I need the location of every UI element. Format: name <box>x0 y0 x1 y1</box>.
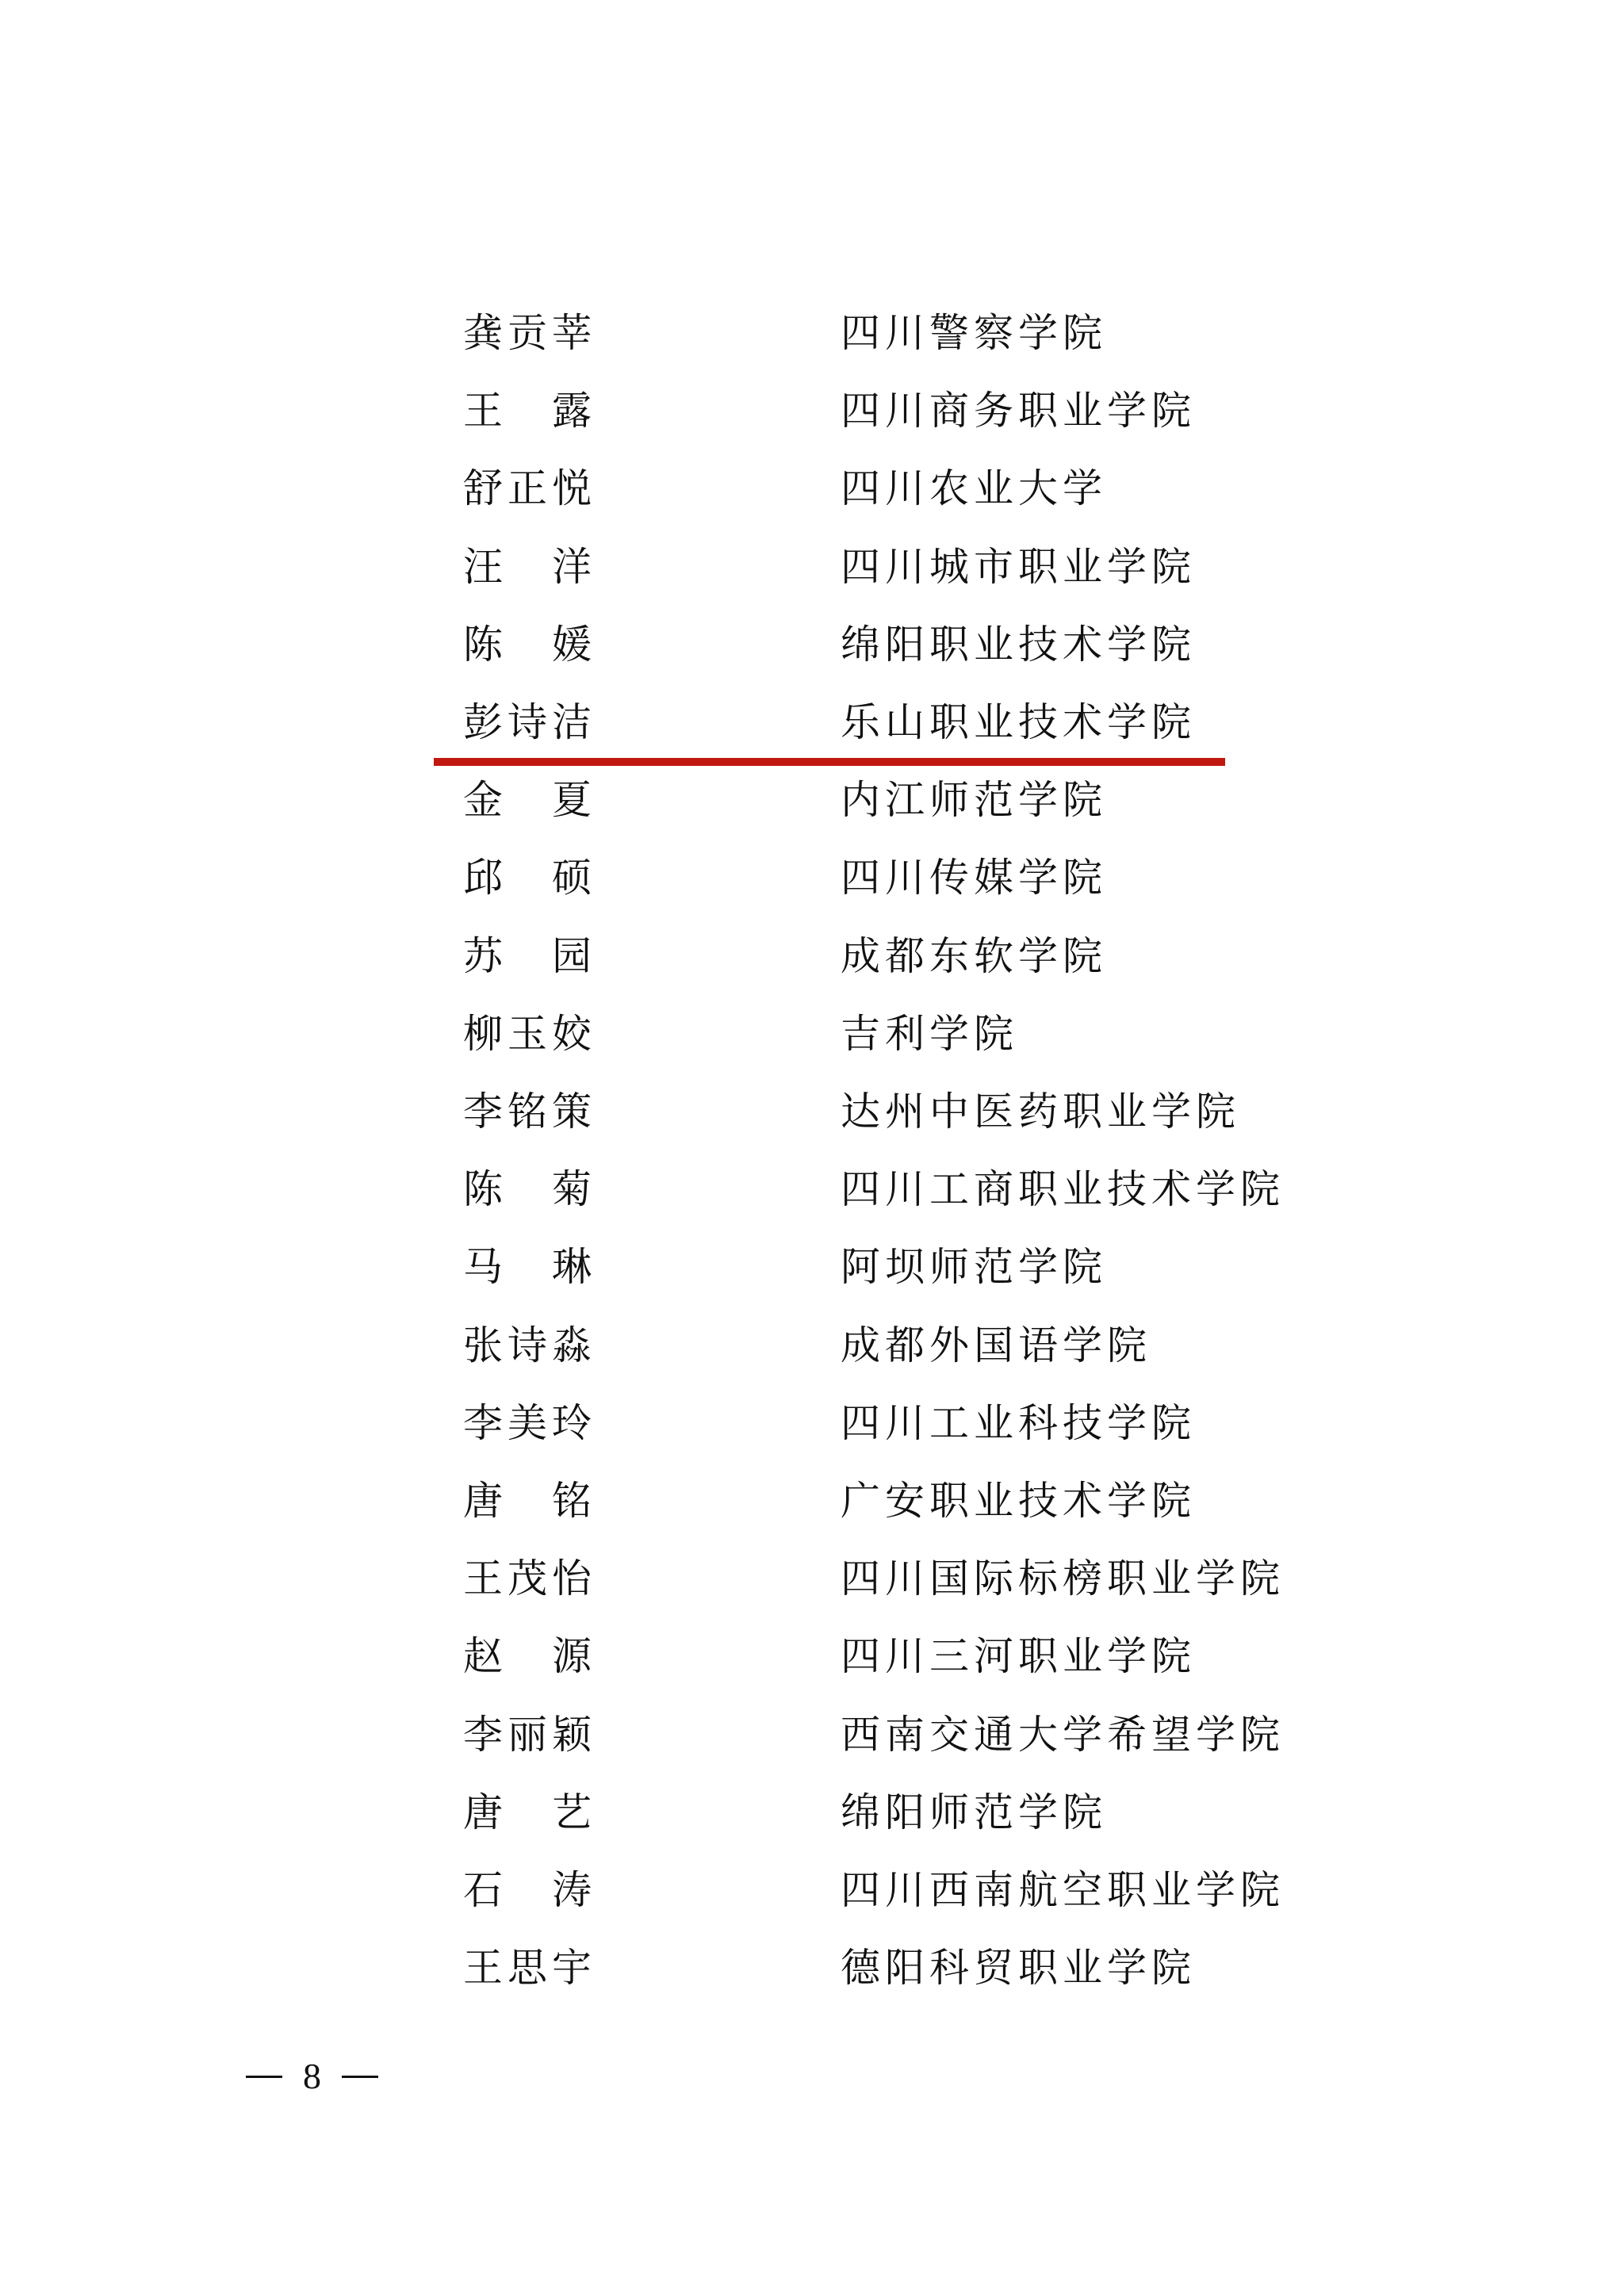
person-name: 汪 洋 <box>463 543 592 591</box>
institution-name: 广安职业技术学院 <box>841 1477 1196 1525</box>
institution-name: 绵阳师范学院 <box>841 1789 1107 1836</box>
name-char: 唐 <box>463 1789 503 1836</box>
name-char: 马 <box>463 1243 503 1291</box>
page-number-value: 8 <box>303 2058 321 2095</box>
name-char: 夏 <box>552 776 592 824</box>
name-char: 陈 <box>463 1165 503 1213</box>
person-name: 张诗淼 <box>463 1322 669 1369</box>
institution-name: 乐山职业技术学院 <box>841 698 1196 746</box>
institution-name: 四川商务职业学院 <box>841 387 1196 434</box>
institution-name: 四川工业科技学院 <box>841 1399 1196 1447</box>
person-name: 苏 园 <box>463 932 592 980</box>
name-char: 硕 <box>552 854 592 901</box>
name-char: 艺 <box>552 1789 592 1836</box>
institution-name: 四川传媒学院 <box>841 854 1107 901</box>
person-name: 邱 硕 <box>463 854 592 901</box>
list-item: 王 露 四川商务职业学院 <box>0 387 1624 434</box>
institution-name: 四川西南航空职业学院 <box>841 1866 1285 1914</box>
list-item: 陈 菊 四川工商职业技术学院 <box>0 1165 1624 1213</box>
person-name: 金 夏 <box>463 776 592 824</box>
name-char: 金 <box>463 776 503 824</box>
list-item: 唐 铭 广安职业技术学院 <box>0 1477 1624 1525</box>
institution-name: 德阳科贸职业学院 <box>841 1944 1196 1992</box>
name-char: 石 <box>463 1866 503 1914</box>
person-name: 舒正悦 <box>463 465 669 512</box>
institution-name: 绵阳职业技术学院 <box>841 621 1196 668</box>
list-item: 苏 园 成都东软学院 <box>0 932 1624 980</box>
institution-name: 四川三河职业学院 <box>841 1632 1196 1680</box>
institution-name: 四川工商职业技术学院 <box>841 1165 1285 1213</box>
list-item: 马 琳 阿坝师范学院 <box>0 1243 1624 1291</box>
person-name: 唐 艺 <box>463 1789 592 1836</box>
institution-name: 四川警察学院 <box>841 309 1107 357</box>
name-char: 菊 <box>552 1165 592 1213</box>
name-char: 赵 <box>463 1632 503 1680</box>
institution-name: 四川农业大学 <box>841 465 1107 512</box>
institution-name: 内江师范学院 <box>841 776 1107 824</box>
dash-left <box>246 2076 282 2078</box>
person-name: 彭诗洁 <box>463 698 669 746</box>
page-number: 8 <box>246 2058 378 2095</box>
list-item: 龚贡莘 四川警察学院 <box>0 309 1624 357</box>
name-char: 铭 <box>552 1477 592 1525</box>
institution-name: 阿坝师范学院 <box>841 1243 1107 1291</box>
person-name: 陈 菊 <box>463 1165 592 1213</box>
person-name: 李美玲 <box>463 1399 669 1447</box>
list-item: 舒正悦 四川农业大学 <box>0 465 1624 512</box>
list-item: 汪 洋 四川城市职业学院 <box>0 543 1624 591</box>
name-char: 汪 <box>463 543 503 591</box>
institution-name: 西南交通大学希望学院 <box>841 1711 1285 1758</box>
person-name: 赵 源 <box>463 1632 592 1680</box>
list-item: 金 夏 内江师范学院 <box>0 776 1624 824</box>
person-name: 李铭策 <box>463 1088 669 1135</box>
list-item: 赵 源 四川三河职业学院 <box>0 1632 1624 1680</box>
list-item: 唐 艺 绵阳师范学院 <box>0 1789 1624 1836</box>
institution-name: 吉利学院 <box>841 1010 1018 1058</box>
institution-name: 成都外国语学院 <box>841 1322 1151 1369</box>
institution-name: 四川城市职业学院 <box>841 543 1196 591</box>
name-char: 园 <box>552 932 592 980</box>
name-char: 陈 <box>463 621 503 668</box>
dash-right <box>342 2076 378 2078</box>
person-name: 马 琳 <box>463 1243 592 1291</box>
name-char: 唐 <box>463 1477 503 1525</box>
name-char: 琳 <box>552 1243 592 1291</box>
institution-name: 成都东软学院 <box>841 932 1107 980</box>
person-name: 王思宇 <box>463 1944 669 1992</box>
name-char: 露 <box>552 387 592 434</box>
list-item: 邱 硕 四川传媒学院 <box>0 854 1624 901</box>
name-char: 源 <box>552 1632 592 1680</box>
list-item: 王茂怡 四川国际标榜职业学院 <box>0 1555 1624 1602</box>
person-name: 唐 铭 <box>463 1477 592 1525</box>
list-item: 石 涛 四川西南航空职业学院 <box>0 1866 1624 1914</box>
name-char: 王 <box>463 387 503 434</box>
list-item: 李丽颖 西南交通大学希望学院 <box>0 1711 1624 1758</box>
list-item: 陈 媛 绵阳职业技术学院 <box>0 621 1624 668</box>
institution-name: 四川国际标榜职业学院 <box>841 1555 1285 1602</box>
person-name: 龚贡莘 <box>463 309 669 357</box>
person-name: 李丽颖 <box>463 1711 669 1758</box>
name-char: 洋 <box>552 543 592 591</box>
document-page: 龚贡莘 四川警察学院 王 露 四川商务职业学院 舒正悦 四川农业大学 汪 洋 四… <box>0 0 1624 2296</box>
person-name: 石 涛 <box>463 1866 592 1914</box>
list-item: 彭诗洁 乐山职业技术学院 <box>0 698 1624 746</box>
person-name: 王茂怡 <box>463 1555 669 1602</box>
list-item: 王思宇 德阳科贸职业学院 <box>0 1944 1624 1992</box>
name-char: 苏 <box>463 932 503 980</box>
list-item: 李美玲 四川工业科技学院 <box>0 1399 1624 1447</box>
person-name: 王 露 <box>463 387 592 434</box>
list-item: 张诗淼 成都外国语学院 <box>0 1322 1624 1369</box>
name-char: 邱 <box>463 854 503 901</box>
name-char: 涛 <box>552 1866 592 1914</box>
red-divider-line <box>434 758 1225 766</box>
name-char: 媛 <box>552 621 592 668</box>
institution-name: 达州中医药职业学院 <box>841 1088 1240 1135</box>
list-item: 李铭策 达州中医药职业学院 <box>0 1088 1624 1135</box>
list-item: 柳玉姣 吉利学院 <box>0 1010 1624 1058</box>
person-name: 陈 媛 <box>463 621 592 668</box>
person-name: 柳玉姣 <box>463 1010 669 1058</box>
